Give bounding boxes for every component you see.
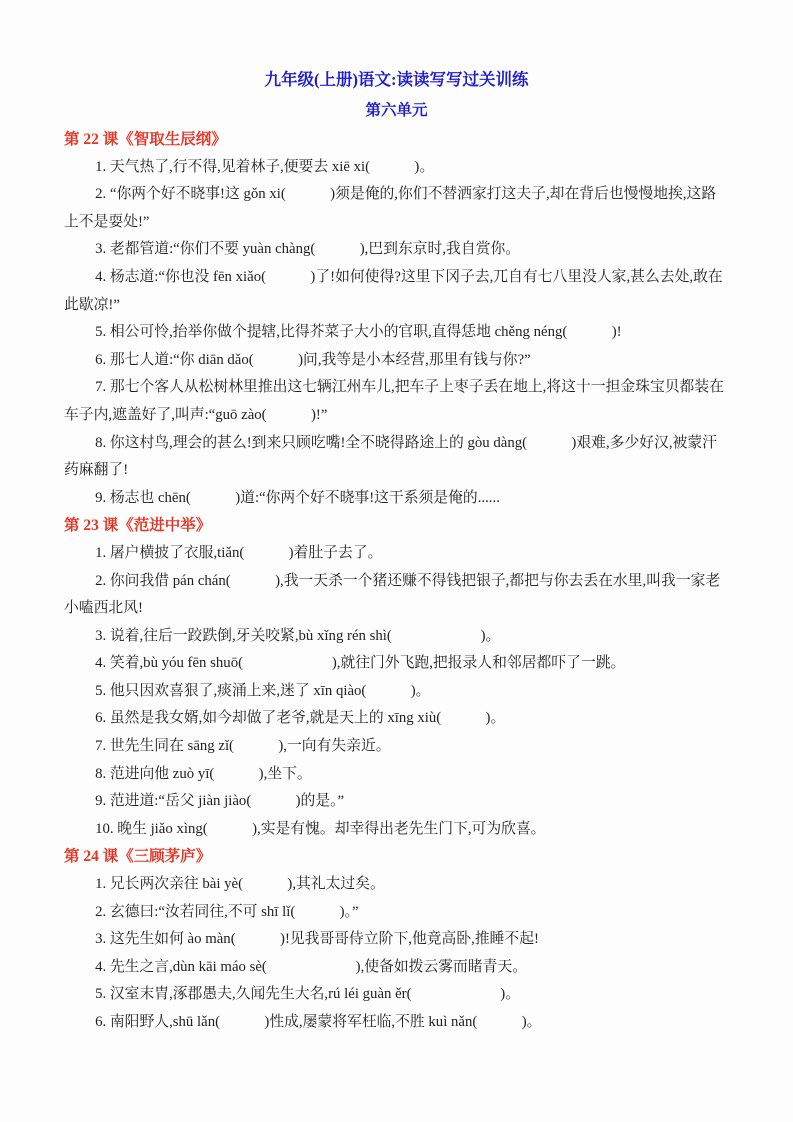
section-heading-lesson-22: 第 22 课《智取生辰纲》 [64,126,729,154]
exercise-item: 10. 晚生 jiǎo xìng( ),实是有愧。却幸得出老先生门下,可为欣喜。 [64,816,729,844]
exercise-item: 2. 玄德曰:“汝若同往,不可 shī lǐ( )。” [64,899,729,927]
exercise-item: 8. 范进向他 zuò yī( ),坐下。 [64,761,729,789]
exercise-item: 3. 说着,往后一跤跌倒,牙关咬紧,bù xǐng rén shì( )。 [64,623,729,651]
section-heading-lesson-23: 第 23 课《范进中举》 [64,512,729,540]
exercise-item: 6. 那七人道:“你 diān dǎo( )问,我等是小本经营,那里有钱与你?” [64,347,729,375]
exercise-item: 5. 他只因欢喜狠了,痰涌上来,迷了 xīn qiào( )。 [64,678,729,706]
exercise-item: 6. 虽然是我女婿,如今却做了老爷,就是天上的 xīng xiù( )。 [64,705,729,733]
exercise-item: 7. 世先生同在 sāng zǐ( ),一向有失亲近。 [64,733,729,761]
exercise-item: 4. 杨志道:“你也没 fēn xiǎo( )了!如何使得?这里下冈子去,兀自有… [64,264,729,319]
worksheet-page: 九年级(上册)语文:读读写写过关训练 第六单元 第 22 课《智取生辰纲》 1.… [0,0,793,1122]
exercise-item: 9. 杨志也 chēn( )道:“你两个好不晓事!这干系须是俺的...... [64,485,729,513]
exercise-item: 8. 你这村鸟,理会的甚么!到来只顾吃嘴!全不晓得路途上的 gòu dàng( … [64,430,729,485]
exercise-item: 6. 南阳野人,shū lǎn( )性成,屡蒙将军枉临,不胜 kuì nǎn( … [64,1009,729,1037]
exercise-item: 9. 范进道:“岳父 jiàn jiào( )的是。” [64,788,729,816]
exercise-item: 4. 先生之言,dùn kāi máo sè( ),使备如拨云雾而睹青天。 [64,954,729,982]
exercise-item: 1. 兄长两次亲往 bài yè( ),其礼太过矣。 [64,871,729,899]
exercise-item: 4. 笑着,bù yóu fēn shuō( ),就往门外飞跑,把报录人和邻居都… [64,650,729,678]
exercise-item: 7. 那七个客人从松树林里推出这七辆江州车儿,把车子上枣子丢在地上,将这十一担金… [64,374,729,429]
exercise-item: 3. 这先生如何 ào màn( )!见我哥哥侍立阶下,他竟高卧,推睡不起! [64,926,729,954]
exercise-item: 2. “你两个好不晓事!这 gǒn xi( )须是俺的,你们不替洒家打这夫子,却… [64,181,729,236]
unit-subtitle: 第六单元 [64,96,729,126]
exercise-item: 5. 相公可怜,抬举你做个提辖,比得芥菜子大小的官职,直得恁地 chěng né… [64,319,729,347]
section-heading-lesson-24: 第 24 课《三顾茅庐》 [64,843,729,871]
exercise-item: 2. 你问我借 pán chán( ),我一天杀一个猪还赚不得钱把银子,都把与你… [64,568,729,623]
exercise-item: 3. 老都管道:“你们不要 yuàn chàng( ),巴到东京时,我自赏你。 [64,236,729,264]
exercise-item: 5. 汉室末胄,涿郡愚夫,久闻先生大名,rú léi guàn ěr( )。 [64,981,729,1009]
exercise-item: 1. 屠户横披了衣服,tiǎn( )着肚子去了。 [64,540,729,568]
worksheet-title: 九年级(上册)语文:读读写写过关训练 [64,64,729,96]
exercise-item: 1. 天气热了,行不得,见着林子,便要去 xiē xi( )。 [64,154,729,182]
